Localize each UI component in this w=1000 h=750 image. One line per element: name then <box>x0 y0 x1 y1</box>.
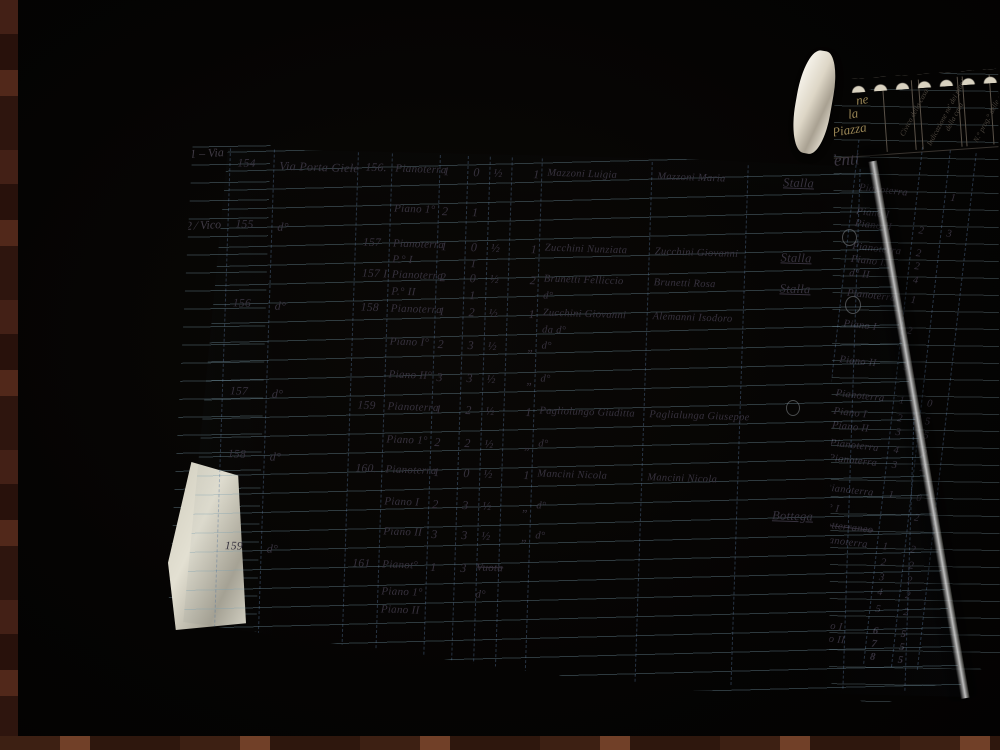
cell-floor: Piano 1° <box>381 585 423 598</box>
cell-n1: 2 <box>440 270 447 285</box>
cell-no: 159 <box>225 540 244 553</box>
cell-n2: 2 <box>464 436 471 451</box>
cell-floor: Piano 1° <box>394 203 436 216</box>
cell-floor: Pianot° <box>382 558 418 571</box>
cell-a: 4 <box>912 275 919 287</box>
cell-half: ½ <box>493 166 503 181</box>
cell-name2: Brunetti Rosa <box>654 277 716 290</box>
cell-vac: Vuota <box>476 561 503 574</box>
cell-name1: d° <box>540 373 550 384</box>
cell-n1: 1 <box>435 402 442 417</box>
cell-n2: 0 <box>463 466 470 481</box>
cell-n3: „ <box>521 530 528 545</box>
pencil-circle-mark <box>845 296 861 314</box>
cell-n2: 1 <box>469 288 476 303</box>
cell-floor: P.° II <box>391 285 416 298</box>
cell-name1: d° <box>536 500 546 511</box>
cell-n1: 1 <box>433 465 440 480</box>
main-ledger-page: 154Via Porta Giele156.Pianoterra10½1Mazz… <box>180 135 980 710</box>
cell-a: 2 <box>914 261 921 273</box>
cell-n1: 1 <box>443 164 450 179</box>
cell-n3: 2 <box>530 273 537 288</box>
photo-background: 1 – Via 2 ∕ Vico ne la Piazza Civico del… <box>0 0 1000 750</box>
cell-n2: 2 <box>465 403 472 418</box>
cell-half: ½ <box>481 529 491 544</box>
cell-n3: „ <box>526 373 533 388</box>
cell-half: ½ <box>490 272 500 287</box>
cell-a: 2 <box>918 225 925 237</box>
cell-name2: Mancini Nicola <box>647 472 717 485</box>
cell-n2: 0 <box>471 240 478 255</box>
cell-use: Stalla <box>780 250 811 266</box>
cell-n2: 3 <box>460 561 467 576</box>
ledger-line: 154Via Porta Giele156.Pianoterra10½1Mazz… <box>227 157 927 198</box>
cell-n1: 3 <box>436 370 443 385</box>
cell-name1: Mancini Nicola <box>537 468 607 481</box>
cell-floor: Pianoterra <box>387 400 439 414</box>
cell-n3: 1 <box>533 167 540 182</box>
left-page-entry: 2 ∕ Vico <box>186 217 222 234</box>
cell-floor: Piano 1° <box>386 433 428 446</box>
cell-n1: 1 <box>430 560 437 575</box>
cell-n2: 3 <box>461 528 468 543</box>
cell-n3: 1 <box>525 405 532 420</box>
cell-n1: 1 <box>438 304 445 319</box>
cell-n1: 2 <box>442 204 449 219</box>
cell-n3: 1 <box>531 242 538 257</box>
cell-half: ½ <box>486 372 496 387</box>
cell-n1: 2 <box>432 497 439 512</box>
cell-half: ½ <box>483 467 493 482</box>
cell-name1: Brunetti Felliccio <box>544 274 624 288</box>
cell-floor: Piano II° <box>388 368 432 381</box>
pencil-circle-mark <box>786 400 800 416</box>
cell-n2: 3 <box>462 498 469 513</box>
cell-name1: Pagliolungo Giuditta <box>539 405 635 419</box>
cell-street: d° <box>275 299 287 314</box>
left-page-entry: 1 – Via <box>190 145 225 162</box>
cell-use: Stalla <box>783 175 814 191</box>
cell-n1: 3 <box>431 527 438 542</box>
cell-a: 2 <box>915 248 922 260</box>
cell-n2: 3 <box>466 371 473 386</box>
cell-n1: 2 <box>437 337 444 352</box>
cell-half: ½ <box>487 339 497 354</box>
pencil-circle-mark <box>842 229 857 246</box>
cell-n1: 2 <box>434 435 441 450</box>
cell-vac: d° <box>475 588 486 600</box>
curled-paper-corner <box>787 48 841 157</box>
cell-floor: Piano I° <box>389 335 429 348</box>
cell-floor: Pianoterra <box>385 463 437 477</box>
cell-n1: 1 <box>441 239 448 254</box>
main-page-ink: 154Via Porta Giele156.Pianoterra10½1Mazz… <box>210 148 928 711</box>
cell-floor: Piano II <box>381 603 420 616</box>
cell-name1: Mazzoni Luigia <box>547 168 617 181</box>
cell-house: 161 <box>352 557 371 570</box>
cell-half: ½ <box>491 241 501 256</box>
cell-house: 158 <box>361 301 380 314</box>
cell-house: 156. <box>365 162 387 175</box>
cell-street: Via Porta Giele <box>279 159 359 177</box>
cell-half: ½ <box>485 404 495 419</box>
desk-wood-bottom-strip <box>0 736 1000 750</box>
cell-n2: 2 <box>468 305 475 320</box>
cell-floor: Pianoterra <box>395 163 447 177</box>
cell-use: Stalla <box>779 281 810 297</box>
cell-name2: Paglialunga Giuseppe <box>649 409 750 423</box>
cell-n2: 1 <box>472 205 479 220</box>
cell-use: Bottega <box>772 508 813 524</box>
cell-no: 156 <box>233 297 252 310</box>
cell-name1: Zucchini Giovanni <box>543 308 627 322</box>
cell-name1: Zucchini Nunziata <box>545 243 628 257</box>
cell-half: ½ <box>482 499 492 514</box>
cell-n2: 0 <box>470 271 477 286</box>
cell-name1: da d° <box>542 325 566 337</box>
cell-n2: 1 <box>470 256 477 271</box>
cell-n2: 3 <box>467 338 474 353</box>
cell-name1: d° <box>538 438 548 449</box>
cell-house: 157 I. <box>362 268 391 281</box>
cell-n3: „ <box>527 340 534 355</box>
cell-floor: Pianoterra <box>393 238 445 252</box>
cell-house: 160. <box>355 462 377 475</box>
cell-name2: Zucchini Giovanni <box>655 246 739 260</box>
cell-n3: „ <box>522 500 529 515</box>
cell-b: 1 <box>950 193 957 205</box>
cell-name1: d° <box>535 530 545 541</box>
cell-floor: Pianoterra <box>392 269 444 283</box>
cell-name2: Alemanni Isodoro <box>652 311 732 325</box>
cell-house: 157 <box>363 237 382 250</box>
cell-name1: d° <box>541 341 551 352</box>
cell-floor: Piano II <box>383 525 422 538</box>
cell-b: 3 <box>946 228 953 240</box>
cell-n3: 1 <box>523 468 530 483</box>
cell-floor: Pianoterra <box>391 302 443 316</box>
cell-floor: P.° I <box>392 254 413 267</box>
cell-no: 154 <box>237 157 256 170</box>
cell-half: ½ <box>488 306 498 321</box>
cell-n2: 0 <box>473 165 480 180</box>
desk-wood-left-strip <box>0 0 18 750</box>
cell-name2: Mazzoni Maria <box>657 171 726 184</box>
cell-n3: 1 <box>528 307 535 322</box>
cell-house: 159 <box>357 399 376 412</box>
cell-floor: Piano I <box>384 495 419 508</box>
cell-n3: „ <box>524 438 531 453</box>
cell-half: ½ <box>484 437 494 452</box>
cell-name1: d° <box>543 291 553 302</box>
cell-no: 155 <box>235 218 254 231</box>
